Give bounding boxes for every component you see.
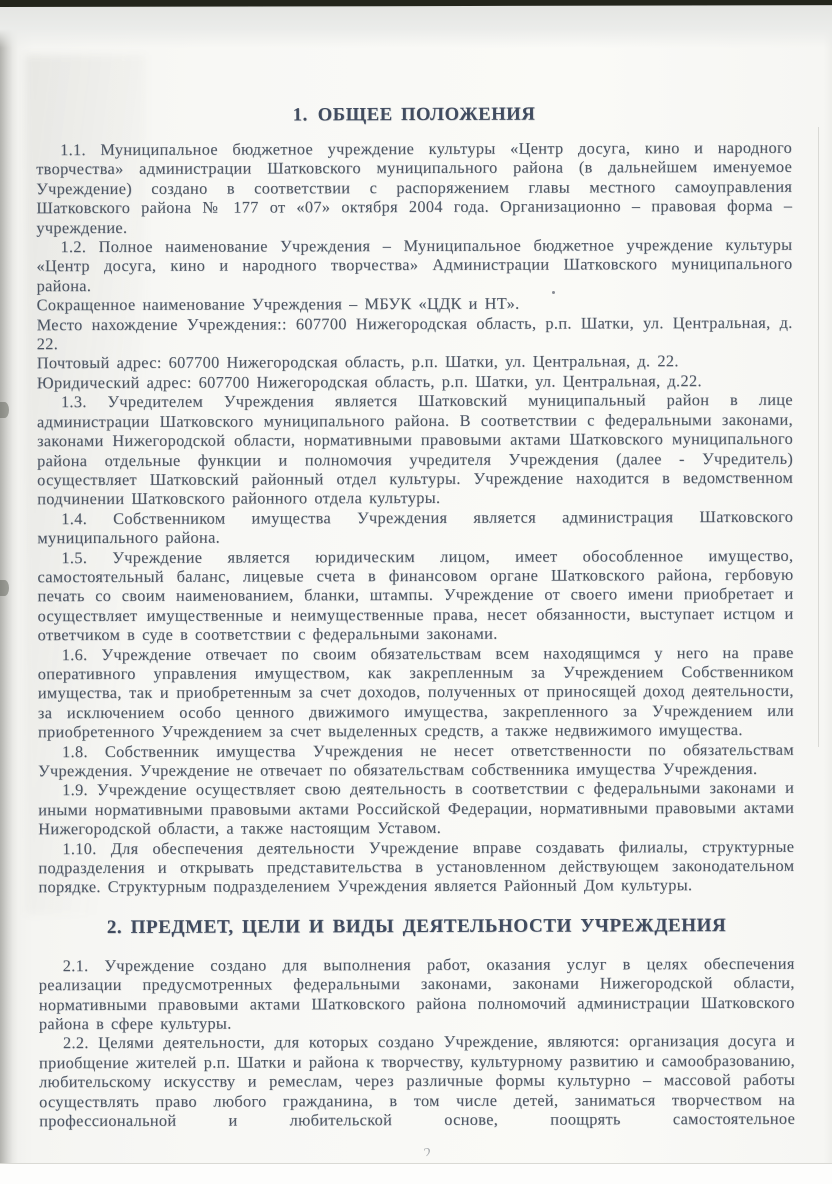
scanned-document-page: 1. ОБЩЕЕ ПОЛОЖЕНИЯ 1.1. Муниципальное бю… [0, 0, 832, 1184]
page-edge-notch [0, 402, 9, 418]
page-edge-notch [0, 580, 9, 596]
document-content: 1. ОБЩЕЕ ПОЛОЖЕНИЯ 1.1. Муниципальное бю… [0, 7, 832, 1131]
paragraph-1-6: 1.6. Учреждение отвечает по своим обязат… [38, 642, 794, 741]
paragraph-1-8: 1.8. Собственник имущества Учреждения не… [38, 739, 794, 780]
paragraph-1-5: 1.5. Учреждение является юридическим лиц… [37, 545, 793, 644]
line-legal-address: Юридический адрес: 607700 Нижегородская … [37, 371, 793, 393]
section-2-heading: 2. ПРЕДМЕТ, ЦЕЛИ И ВИДЫ ДЕЯТЕЛЬНОСТИ УЧР… [39, 915, 795, 939]
paragraph-1-9: 1.9. Учреждение осуществляет свою деятел… [38, 778, 794, 839]
scanner-top-band [0, 6, 832, 48]
paragraph-1-2: 1.2. Полное наименование Учреждения – Му… [36, 235, 792, 296]
paragraph-1-4: 1.4. Собственником имущества Учреждения … [37, 507, 793, 548]
paragraph-1-10: 1.10. Для обеспечения деятельности Учреж… [38, 836, 794, 897]
paragraph-1-1: 1.1. Муниципальное бюджетное учреждение … [36, 138, 792, 237]
page-surface: 1. ОБЩЕЕ ПОЛОЖЕНИЯ 1.1. Муниципальное бю… [0, 7, 832, 1164]
paragraph-1-3: 1.3. Учредителем Учреждения является Шат… [37, 390, 793, 509]
section-1-heading: 1. ОБЩЕЕ ПОЛОЖЕНИЯ [36, 103, 792, 127]
page-left-edge-shadow [0, 0, 18, 1163]
line-short-name: Сокращенное наименование Учреждения – МБ… [37, 293, 793, 315]
line-postal-address: Почтовый адрес: 607700 Нижегородская обл… [37, 351, 793, 373]
scan-artifact-dot [552, 291, 555, 294]
paragraph-2-1: 2.1. Учреждение создано для выполнения р… [39, 954, 795, 1034]
page-number: 2 [423, 1146, 433, 1164]
line-location: Место нахождение Учреждения:: 607700 Ниж… [37, 312, 793, 353]
paragraph-2-2: 2.2. Целями деятельности, для которых со… [39, 1031, 795, 1130]
